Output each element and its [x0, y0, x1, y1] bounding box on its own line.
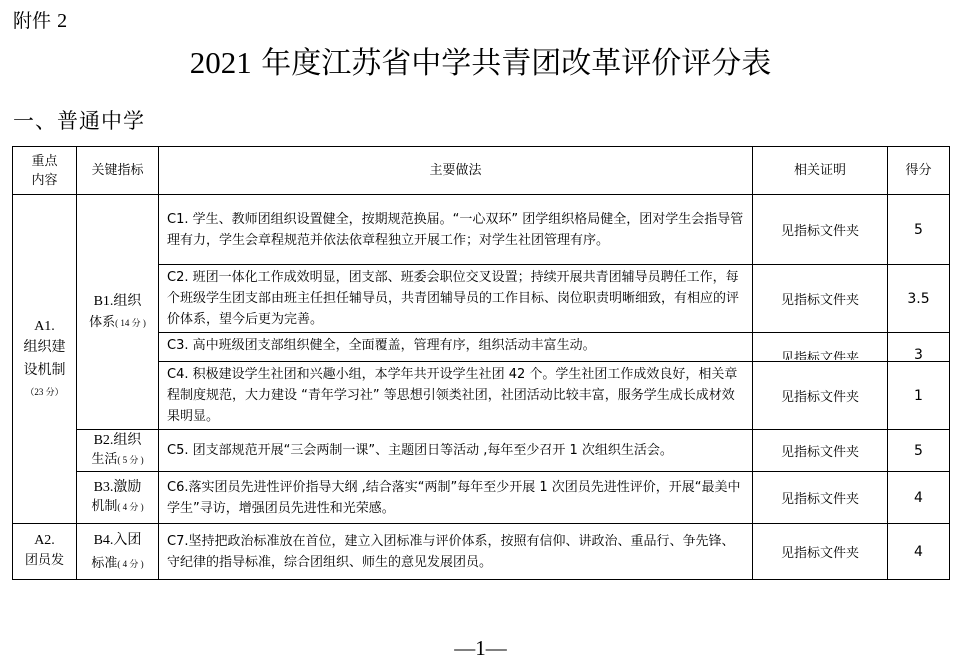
- table-row: B3.激励 机制( 4 分 ) C6.落实团员先进性评价指导大纲 ,结合落实“两…: [13, 472, 950, 524]
- practice-c1: C1. 学生、教师团组织设置健全，按期规范换届。“一心双环” 团学组织格局健全，…: [159, 195, 753, 265]
- attachment-number: 2: [57, 10, 67, 32]
- col-header-score: 得分: [888, 147, 950, 195]
- focus-code: A2.: [13, 531, 76, 550]
- proof-c4: 见指标文件夹: [753, 362, 888, 430]
- table-row: A2. 团员发 B4.入团 标准( 4 分 ) C7.坚持把政治标准放在首位，建…: [13, 524, 950, 580]
- indicator-points: ( 14 分 ): [115, 318, 146, 328]
- indicator-code: B4.入团: [77, 529, 158, 553]
- focus-line2: 设机制: [13, 359, 76, 382]
- col-header-focus-line2: 内容: [13, 171, 76, 190]
- score-c1: 5: [888, 195, 950, 265]
- score-c6: 4: [888, 472, 950, 524]
- attachment-label: 附件 2: [13, 6, 67, 33]
- practice-c3: C3. 高中班级团支部组织健全，全面覆盖，管理有序，组织活动丰富生动。: [159, 333, 753, 362]
- indicator-cell-b4: B4.入团 标准( 4 分 ): [77, 524, 159, 580]
- col-header-focus-line1: 重点: [13, 152, 76, 171]
- indicator-name-line: 体系( 14 分 ): [77, 313, 158, 333]
- table-row: B2.组织 生活( 5 分 ) C5. 团支部规范开展“三会两制一课”、主题团日…: [13, 430, 950, 472]
- indicator-code: B2.组织: [77, 431, 158, 450]
- focus-line1: 团员发: [13, 550, 76, 572]
- indicator-points: ( 5 分 ): [117, 455, 143, 465]
- score-c4: 1: [888, 362, 950, 430]
- indicator-name-line: 标准( 4 分 ): [77, 553, 158, 575]
- focus-line1: 组织建: [13, 336, 76, 359]
- attachment-label-text: 附件: [13, 10, 51, 32]
- col-header-proof: 相关证明: [753, 147, 888, 195]
- indicator-points: ( 4 分 ): [117, 502, 143, 512]
- indicator-cell-b3: B3.激励 机制( 4 分 ): [77, 472, 159, 524]
- score-c3-text: 3: [888, 347, 949, 360]
- proof-c5: 见指标文件夹: [753, 430, 888, 472]
- practice-c4: C4. 积极建设学生社团和兴趣小组，本学年共开设学生社团 42 个。学生社团工作…: [159, 362, 753, 430]
- focus-cell-a1: A1. 组织建 设机制 （23 分）: [13, 195, 77, 524]
- practice-c6: C6.落实团员先进性评价指导大纲 ,结合落实“两制”每年至少开展 1 次团员先进…: [159, 472, 753, 524]
- practice-c2: C2. 班团一体化工作成效明显，团支部、班委会职位交叉设置；持续开展共青团辅导员…: [159, 265, 753, 333]
- practice-c7: C7.坚持把政治标准放在首位，建立入团标准与评价体系，按照有信仰、讲政治、重品行…: [159, 524, 753, 580]
- indicator-code: B3.激励: [77, 478, 158, 497]
- section-heading: 一、普通中学: [13, 105, 145, 135]
- col-header-practice: 主要做法: [159, 147, 753, 195]
- score-c2: 3.5: [888, 265, 950, 333]
- indicator-name: 机制: [91, 499, 117, 514]
- page-number: —1—: [0, 636, 961, 661]
- scoring-table: 重点 内容 关键指标 主要做法 相关证明 得分 A1. 组织建 设机制 （23 …: [12, 146, 950, 580]
- table-row: A1. 组织建 设机制 （23 分） B1.组织 体系( 14 分 ) C1. …: [13, 195, 950, 265]
- indicator-points: ( 4 分 ): [117, 559, 143, 569]
- indicator-cell-b1: B1.组织 体系( 14 分 ): [77, 195, 159, 430]
- title-year: 2021: [190, 45, 252, 80]
- col-header-focus: 重点 内容: [13, 147, 77, 195]
- proof-c6: 见指标文件夹: [753, 472, 888, 524]
- title-text: 年度江苏省中学共青团改革评价评分表: [261, 46, 771, 81]
- focus-cell-a2: A2. 团员发: [13, 524, 77, 580]
- proof-c1: 见指标文件夹: [753, 195, 888, 265]
- indicator-name-line: 机制( 4 分 ): [77, 497, 158, 517]
- col-header-indicator: 关键指标: [77, 147, 159, 195]
- indicator-name: 体系: [89, 315, 115, 330]
- score-c5: 5: [888, 430, 950, 472]
- indicator-name-line: 生活( 5 分 ): [77, 450, 158, 470]
- indicator-name: 生活: [91, 452, 117, 467]
- proof-c3: 见指标文件夹: [753, 333, 888, 362]
- practice-c5: C5. 团支部规范开展“三会两制一课”、主题团日等活动 ,每年至少召开 1 次组…: [159, 430, 753, 472]
- focus-points: （23 分）: [13, 382, 76, 402]
- proof-c7: 见指标文件夹: [753, 524, 888, 580]
- score-c7: 4: [888, 524, 950, 580]
- focus-code: A1.: [13, 317, 76, 336]
- indicator-cell-b2: B2.组织 生活( 5 分 ): [77, 430, 159, 472]
- score-c3: 3: [888, 333, 950, 362]
- proof-c2: 见指标文件夹: [753, 265, 888, 333]
- indicator-code: B1.组织: [77, 291, 158, 313]
- table-header-row: 重点 内容 关键指标 主要做法 相关证明 得分: [13, 147, 950, 195]
- proof-c3-text: 见指标文件夹: [753, 347, 887, 360]
- page-title: 2021 年度江苏省中学共青团改革评价评分表: [0, 38, 961, 82]
- indicator-name: 标准: [91, 556, 117, 571]
